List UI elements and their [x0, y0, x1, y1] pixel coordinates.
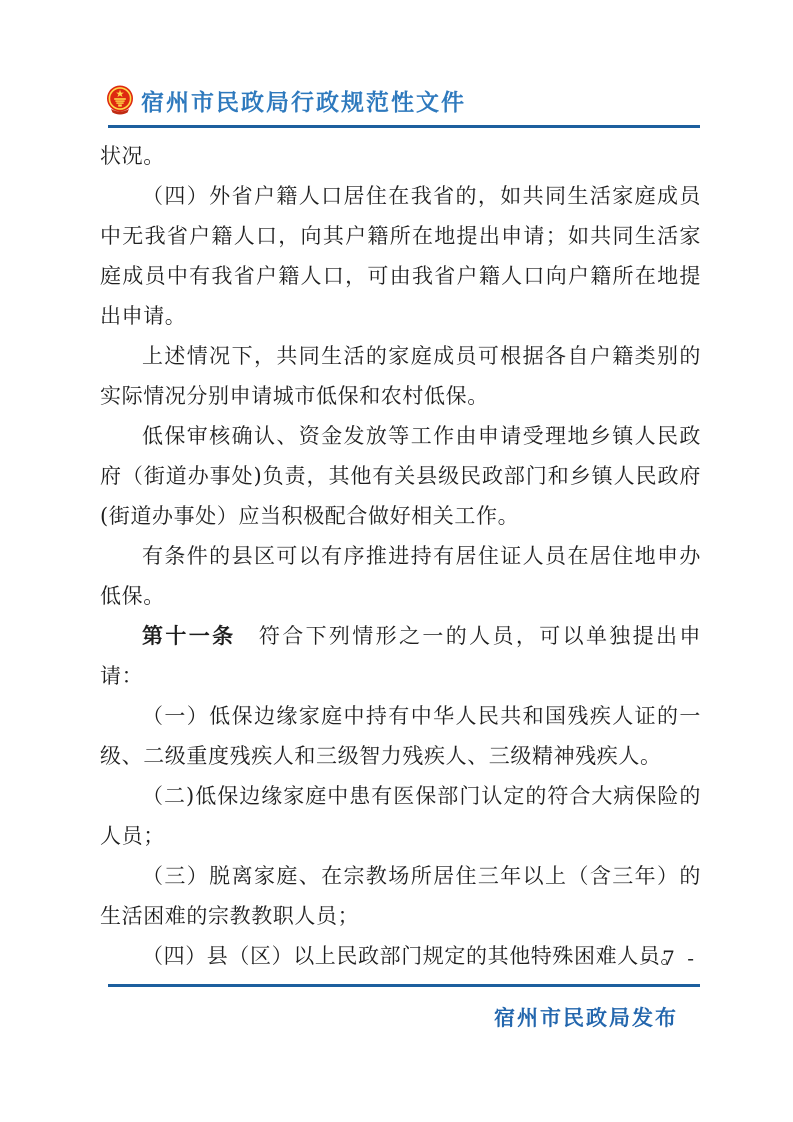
body-paragraph: （一）低保边缘家庭中持有中华人民共和国残疾人证的一级、二级重度残疾人和三级智力残… — [100, 696, 701, 776]
page-number: - 7 - — [643, 946, 697, 970]
body-paragraph: （四）外省户籍人口居住在我省的，如共同生活家庭成员中无我省户籍人口，向其户籍所在… — [100, 176, 701, 336]
header-divider — [108, 125, 700, 128]
body-paragraph: 上述情况下，共同生活的家庭成员可根据各自户籍类别的实际情况分别申请城市低保和农村… — [100, 336, 701, 416]
body-paragraph: （二)低保边缘家庭中患有医保部门认定的符合大病保险的人员； — [100, 776, 701, 856]
body-paragraph: 第十一条 符合下列情形之一的人员，可以单独提出申请： — [100, 616, 701, 696]
body-paragraph: （四）县（区）以上民政部门规定的其他特殊困难人员。 — [100, 936, 701, 976]
body-paragraph: （三）脱离家庭、在宗教场所居住三年以上（含三年）的生活困难的宗教教职人员； — [100, 856, 701, 936]
body-paragraph: 状况。 — [100, 136, 701, 176]
footer-divider — [108, 984, 700, 987]
body-paragraph: 低保审核确认、资金发放等工作由申请受理地乡镇人民政府（街道办事处)负责，其他有关… — [100, 416, 701, 536]
publisher-label: 宿州市民政局发布 — [494, 1002, 678, 1032]
document-header: 宿州市民政局行政规范性文件 — [106, 84, 700, 117]
document-header-title: 宿州市民政局行政规范性文件 — [141, 84, 466, 117]
document-page: 宿州市民政局行政规范性文件 状况。（四）外省户籍人口居住在我省的，如共同生活家庭… — [0, 0, 793, 1122]
article-number-bold: 第十一条 — [142, 623, 235, 648]
china-national-emblem-icon — [106, 85, 134, 117]
body-paragraph: 有条件的县区可以有序推进持有居住证人员在居住地申办低保。 — [100, 536, 701, 616]
document-body: 状况。（四）外省户籍人口居住在我省的，如共同生活家庭成员中无我省户籍人口，向其户… — [100, 136, 701, 976]
